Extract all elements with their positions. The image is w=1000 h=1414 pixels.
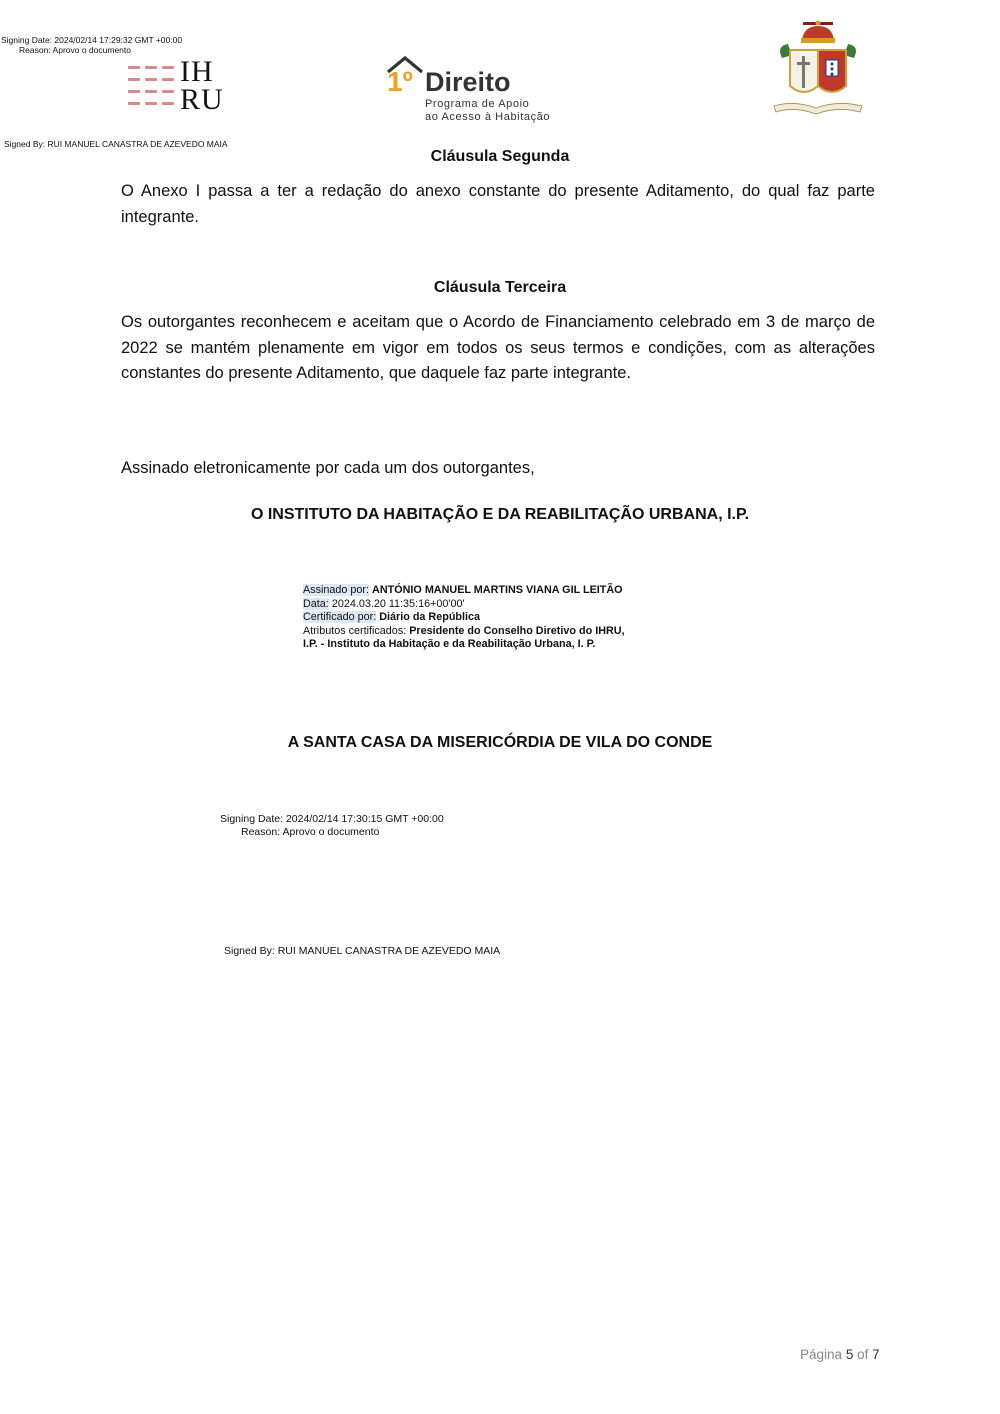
party-2-signature-stamp: Signing Date: 2024/02/14 17:30:15 GMT +0… [220,813,444,839]
closing-statement: Assinado eletronicamente por cada um dos… [121,456,875,482]
dsig-attributes-row: Atributos certificados: Presidente do Co… [303,625,625,639]
ihru-letters: IH RU [180,58,224,114]
top-signature-stamp: Signing Date: 2024/02/14 17:29:32 GMT +0… [1,35,182,55]
dsig-date-row: Data: 2024.03.20 11:35:16+00'00' [303,598,625,612]
dsig-signed-by-row: Assinado por: ANTÓNIO MANUEL MARTINS VIA… [303,584,625,598]
ihru-dashes-icon [128,66,174,114]
direito-word: Direito [425,68,511,96]
ihru-logo: IH RU [122,58,232,118]
dsig-signed-by-value: ANTÓNIO MANUEL MARTINS VIANA GIL LEITÃO [372,584,623,596]
dsig-date-value: 2024.03.20 11:35:16+00'00' [332,598,465,610]
ihru-line2: RU [180,86,224,114]
clause-2-text: O Anexo I passa a ter a redação do anexo… [121,179,875,230]
party-1-digital-signature[interactable]: Assinado por: ANTÓNIO MANUEL MARTINS VIA… [303,584,625,652]
dsig-signed-by-label: Assinado por: [303,584,369,596]
clause-3-text: Os outorgantes reconhecem e aceitam que … [121,310,875,387]
party-2-signed-by: Signed By: RUI MANUEL CANASTRA DE AZEVED… [224,945,500,958]
party-2-name: A SANTA CASA DA MISERICÓRDIA DE VILA DO … [0,734,1000,752]
dsig-attributes-label: Atributos certificados: [303,625,406,637]
direito-number: 1º [387,68,413,96]
top-signing-reason: Reason: Aprovo o documento [1,45,182,55]
page-number: Página 5 of 7 [800,1347,880,1362]
clause-2-title: Cláusula Segunda [0,148,1000,166]
clause-3-title: Cláusula Terceira [0,279,1000,297]
dsig-attributes-value-2: I.P. - Instituto da Habitação e da Reabi… [303,638,595,650]
dsig-attributes-row-2: I.P. - Instituto da Habitação e da Reabi… [303,638,625,652]
ihru-line1: IH [180,58,224,86]
dsig-date-label: Data: [303,598,329,610]
top-signing-date: Signing Date: 2024/02/14 17:29:32 GMT +0… [1,35,182,45]
party-1-name: O INSTITUTO DA HABITAÇÃO E DA REABILITAÇ… [0,506,1000,524]
page-label: Página [800,1347,842,1362]
dsig-certified-value: Diário da República [379,611,480,623]
primeiro-direito-logo: 1º Direito Programa de Apoio ao Acesso à… [383,55,583,127]
party-2-signing-date: Signing Date: 2024/02/14 17:30:15 GMT +0… [220,813,444,826]
dsig-attributes-value-1: Presidente do Conselho Diretivo do IHRU, [409,625,624,637]
party-2-signing-reason: Reason: Aprovo o documento [220,826,444,839]
direito-tagline-2: ao Acesso à Habitação [425,111,550,124]
direito-tagline-1: Programa de Apoio [425,98,550,111]
page-current: 5 [846,1347,854,1362]
misericordia-crest-icon [768,18,868,118]
dsig-certified-label: Certificado por: [303,611,376,623]
page-of-label: of [857,1347,868,1362]
dsig-certified-row: Certificado por: Diário da República [303,611,625,625]
page-total: 7 [872,1347,880,1362]
direito-tagline: Programa de Apoio ao Acesso à Habitação [425,98,550,123]
